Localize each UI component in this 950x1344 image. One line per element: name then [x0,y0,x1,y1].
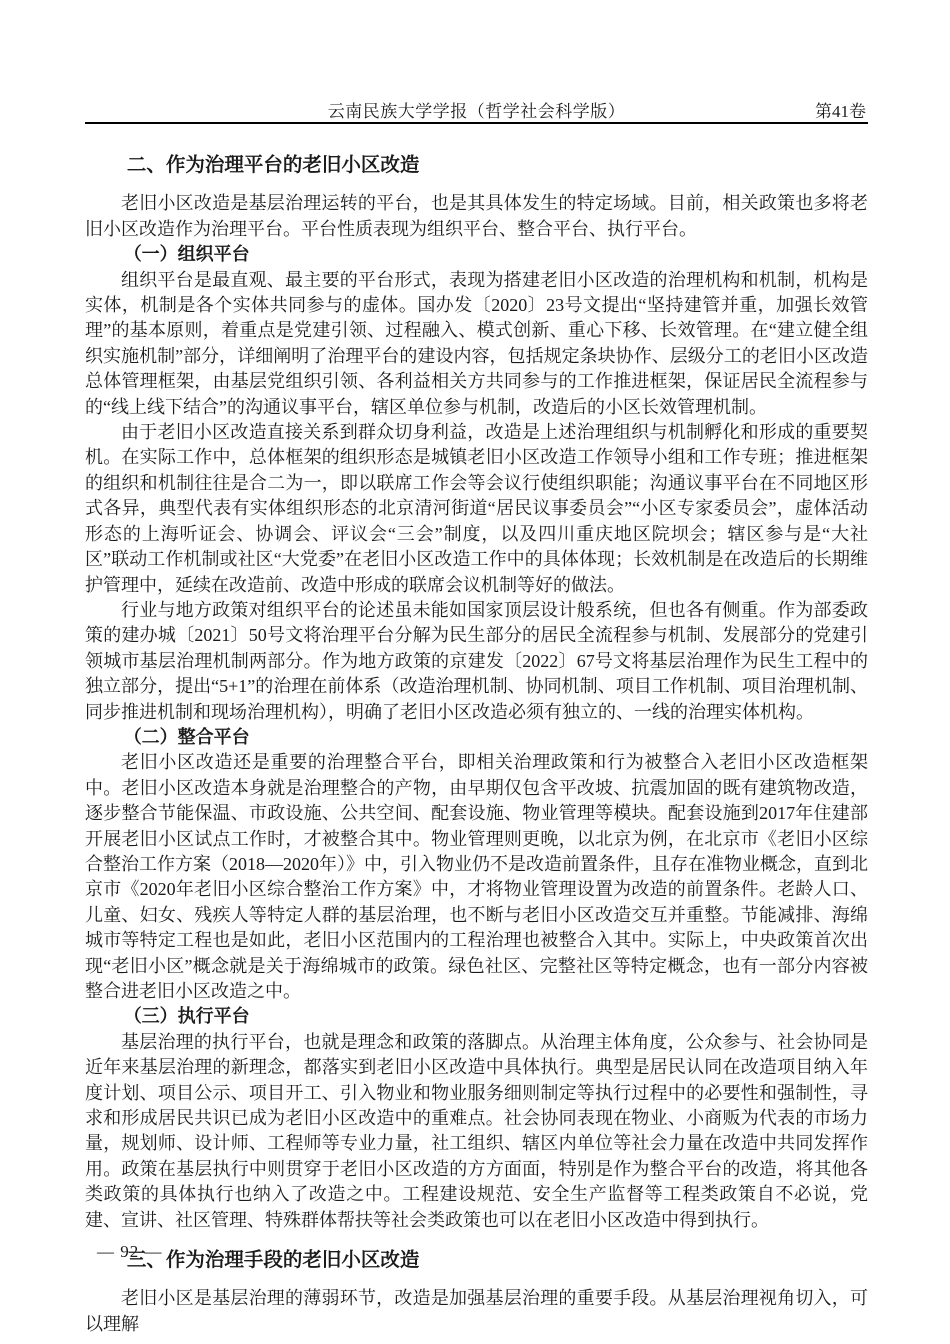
volume-label: 第41卷 [815,97,866,122]
paragraph: 老旧小区是基层治理的薄弱环节，改造是加强基层治理的重要手段。从基层治理视角切入，… [85,1286,868,1337]
subsection-heading-organization: （一）组织平台 [85,242,868,267]
subsection-heading-integration: （二）整合平台 [85,725,868,750]
paragraph: 老旧小区改造还是重要的治理整合平台，即相关治理政策和行为被整合入老旧小区改造框架… [85,750,868,1004]
header-rule [85,122,868,124]
paragraph: 基层治理的执行平台，也就是理念和政策的落脚点。从治理主体角度，公众参与、社会协同… [85,1030,868,1233]
paragraph: 由于老旧小区改造直接关系到群众切身利益，改造是上述治理组织与机制孵化和形成的重要… [85,420,868,598]
section-heading-platform: 二、作为治理平台的老旧小区改造 [85,153,868,178]
article-body: 二、作为治理平台的老旧小区改造 老旧小区改造是基层治理运转的平台，也是其具体发生… [85,138,868,1337]
page-number: — 92 — [97,1242,163,1262]
journal-page: 云南民族大学学报（哲学社会科学版） 第41卷 二、作为治理平台的老旧小区改造 老… [0,0,950,1344]
paragraph: 行业与地方政策对组织平台的论述虽未能如国家顶层设计般系统，但也各有侧重。作为部委… [85,598,868,725]
running-head: 云南民族大学学报（哲学社会科学版） 第41卷 [85,97,868,119]
paragraph: 老旧小区改造是基层治理运转的平台，也是其具体发生的特定场域。目前，相关政策也多将… [85,191,868,242]
section-heading-means: 三、作为治理手段的老旧小区改造 [85,1248,868,1273]
paragraph: 组织平台是最直观、最主要的平台形式，表现为搭建老旧小区改造的治理机构和机制，机构… [85,268,868,420]
journal-title: 云南民族大学学报（哲学社会科学版） [85,97,868,122]
subsection-heading-execution: （三）执行平台 [85,1004,868,1029]
